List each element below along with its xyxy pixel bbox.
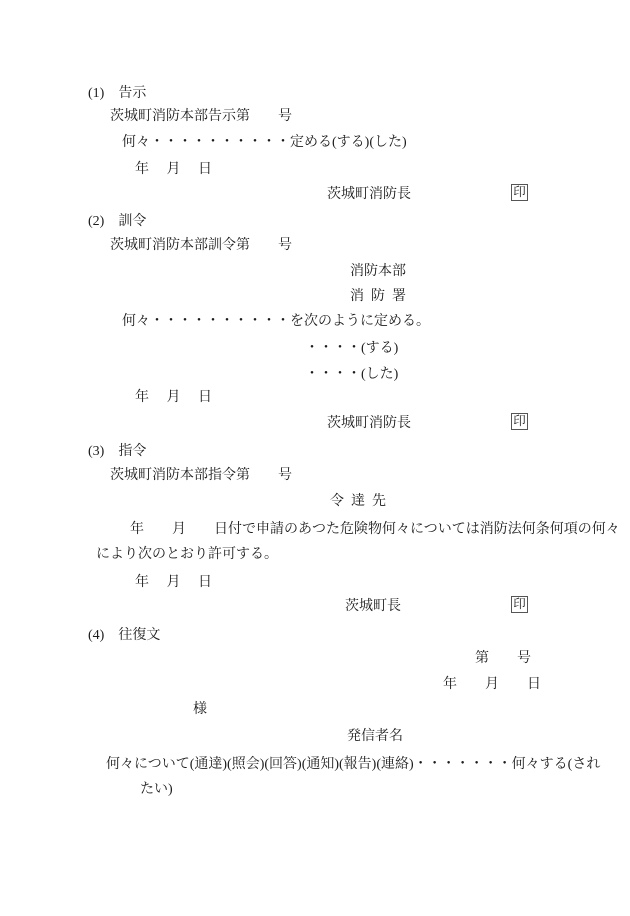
section2-heading: (2) 訓令 (88, 213, 146, 231)
section4-doc-number: 第 号 (475, 650, 531, 668)
document-page: (1) 告示 茨城町消防本部告示第 号 何々・・・・・・・・・・定める(する)(… (0, 0, 630, 916)
section1-date: 年 月 日 (135, 161, 212, 179)
section3-body-2: により次のとおり許可する。 (96, 546, 278, 564)
section2-org-station: 消 防 署 (350, 288, 406, 306)
section2-suru: ・・・・(する) (305, 340, 398, 358)
section4-body-1: 何々について(通達)(照会)(回答)(通知)(報告)(連絡)・・・・・・・何々す… (106, 756, 600, 774)
section4-body-2: たい) (140, 781, 173, 799)
section3-body-1: 年 月 日付で申請のあつた危険物何々については消防法何条何項の何々 (130, 521, 620, 539)
section3-signer: 茨城町長 (345, 598, 401, 616)
seal-stamp-icon: 印 (511, 413, 528, 430)
section4-addressee: 様 (193, 701, 207, 719)
section4-date: 年 月 日 (443, 676, 541, 694)
seal-stamp-icon: 印 (511, 596, 528, 613)
section1-signer: 茨城町消防長 (327, 186, 411, 204)
section3-title: 茨城町消防本部指令第 号 (110, 467, 292, 485)
section2-body: 何々・・・・・・・・・・を次のように定める。 (122, 313, 430, 331)
section1-body: 何々・・・・・・・・・・定める(する)(した) (122, 134, 407, 152)
section2-org-hq: 消防本部 (350, 263, 406, 281)
section2-title: 茨城町消防本部訓令第 号 (110, 237, 292, 255)
section1-title: 茨城町消防本部告示第 号 (110, 108, 292, 126)
section2-shita: ・・・・(した) (305, 366, 398, 384)
section1-heading: (1) 告示 (88, 85, 146, 103)
section2-date: 年 月 日 (135, 389, 212, 407)
section4-sender: 発信者名 (347, 728, 403, 746)
section2-signer: 茨城町消防長 (327, 415, 411, 433)
section4-heading: (4) 往復文 (88, 627, 160, 645)
section3-date: 年 月 日 (135, 574, 212, 592)
seal-stamp-icon: 印 (511, 184, 528, 201)
section3-reitatsusaki: 令 達 先 (330, 493, 386, 511)
section3-heading: (3) 指令 (88, 443, 146, 461)
